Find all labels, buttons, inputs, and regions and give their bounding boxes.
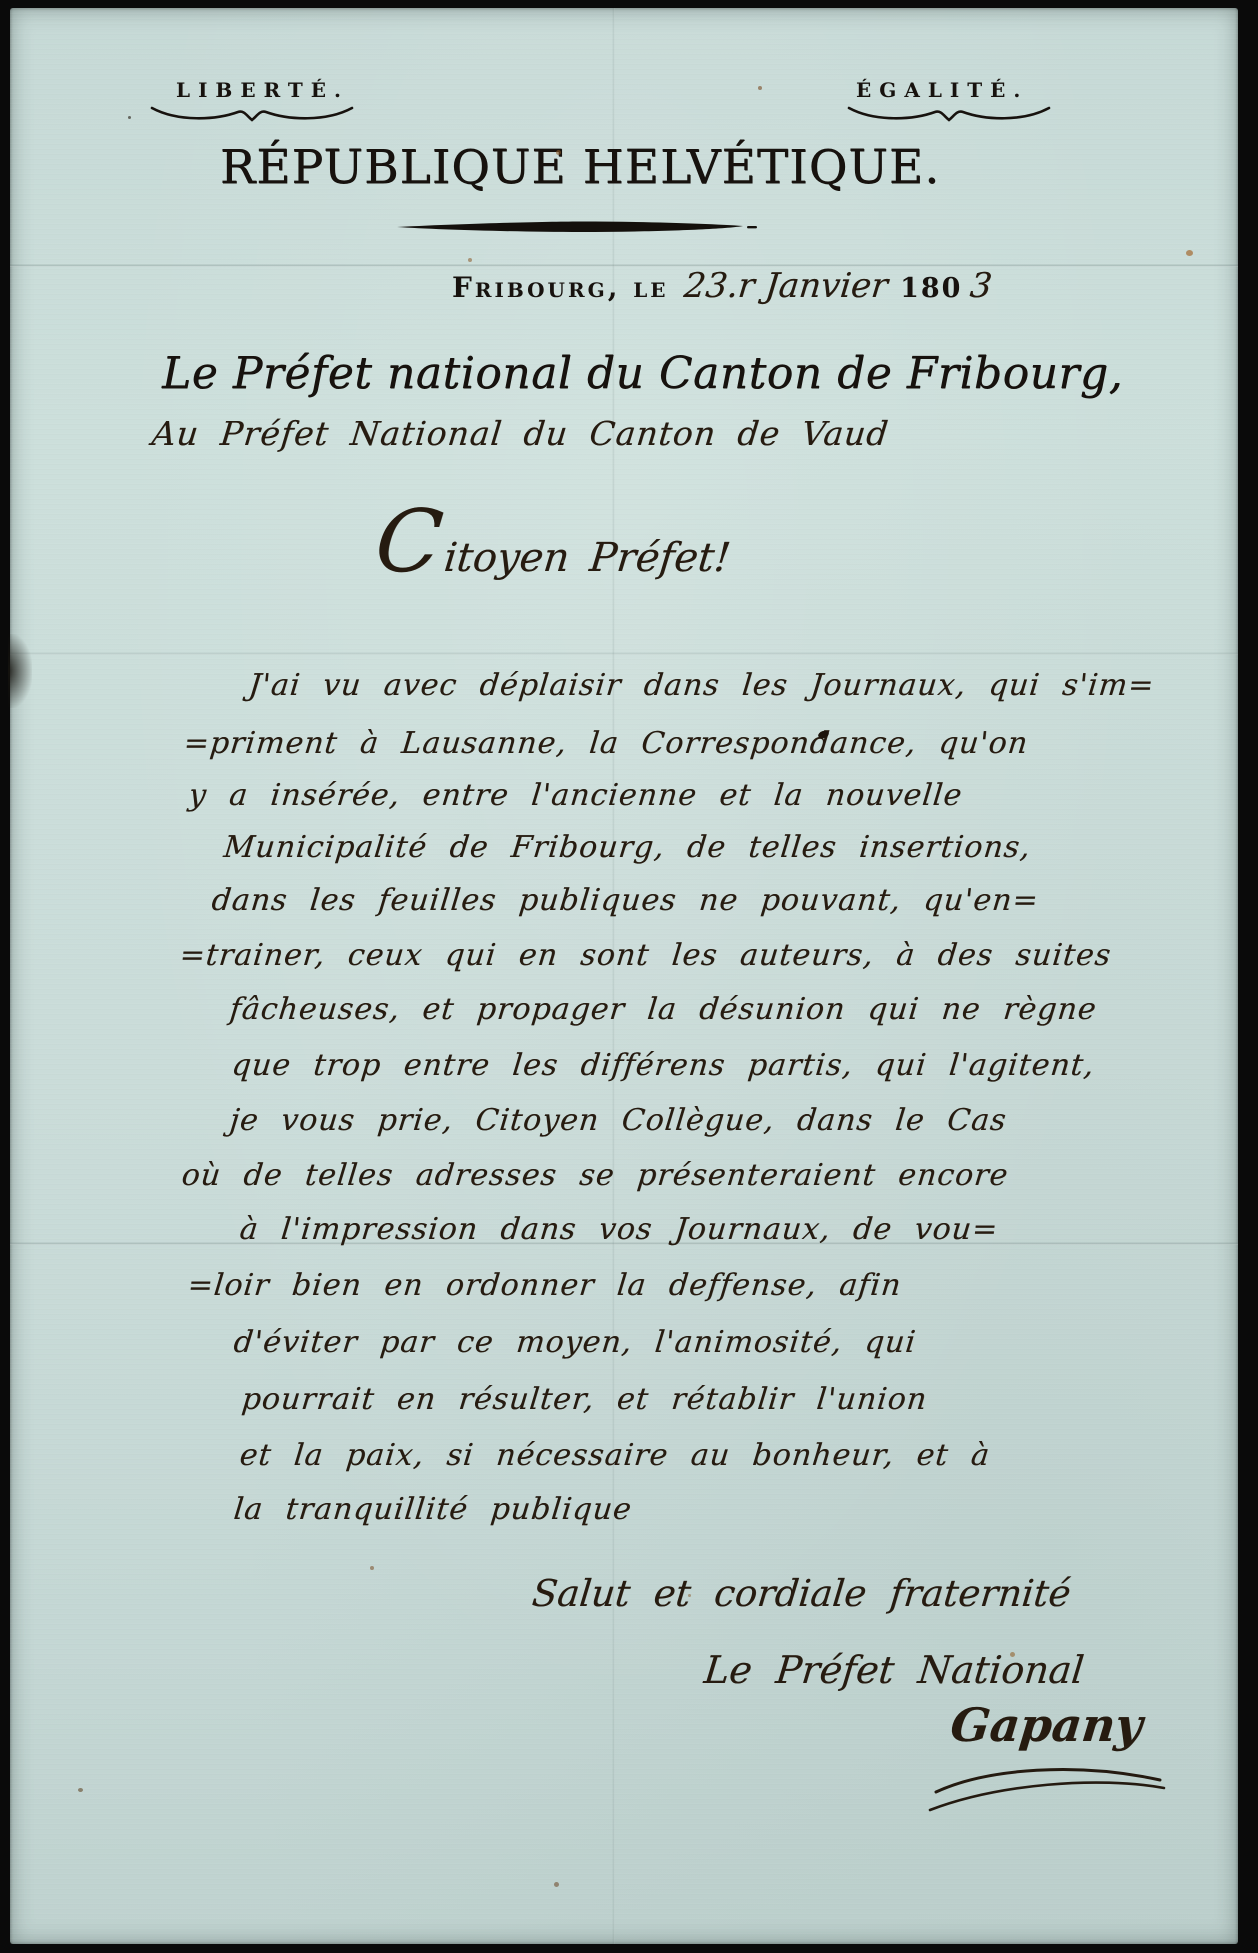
body-line: y a insérée, entre l'ancienne et la nouv… [187,778,964,813]
body-line: la tranquillité publique [232,1492,634,1527]
salutation: Citoyen Préfet! [372,512,735,581]
body-line: où de telles adresses se présenteraient … [180,1158,1010,1193]
dateline-year-digit-handwritten: 3 [968,266,994,306]
body-line: pourrait en résulter, et rétablir l'unio… [240,1382,929,1417]
dateline-place-printed: Fribourg, le [452,271,669,304]
republic-title: RÉPUBLIQUE HELVÉTIQUE. [198,140,962,195]
motto-egalite: ÉGALITÉ. [856,78,1028,102]
signature: Gapany [948,1698,1145,1752]
motto-liberte: LIBERTÉ. [176,78,349,102]
body-line: que trop entre les différens partis, qui… [230,1048,1096,1083]
swash-underline-icon [148,103,356,127]
sender-line: Le Préfet national du Canton de Fribourg… [162,348,1123,399]
dateline-day-month-handwritten: 23.r Janvier [682,266,890,306]
dateline: Fribourg, le 23.r Janvier 180 3 [452,266,989,306]
body-line: dans les feuilles publiques ne pouvant, … [210,883,1041,918]
body-line: je vous prie, Citoyen Collègue, dans le … [228,1103,1009,1138]
scanned-letter-page: LIBERTÉ. ÉGALITÉ. RÉPUBLIQUE HELVÉTIQUE.… [0,0,1258,1953]
swash-underline-icon [840,103,1058,127]
body-line: à l'impression dans vos Journaux, de vou… [238,1212,1000,1247]
body-line: Municipalité de Fribourg, de telles inse… [222,830,1033,865]
dateline-year-printed: 180 [900,273,962,304]
signer-title: Le Préfet National [702,1648,1086,1692]
valediction: Salut et cordiale fraternité [530,1572,1073,1615]
body-line: =loir bien en ordonner la deffense, afin [186,1268,903,1303]
body-line: =trainer, ceux qui en sont les auteurs, … [178,938,1113,973]
body-line: =priment à Lausanne, la Correspondance, … [182,726,1030,761]
body-line: J'ai vu avec déplaisir dans les Journaux… [247,668,1156,703]
tapered-rule [395,220,767,234]
recipient-line: Au Préfet National du Canton de Vaud [150,414,891,453]
body-line: d'éviter par ce moyen, l'animosité, qui [232,1325,918,1360]
body-line: et la paix, si nécessaire au bonheur, et… [238,1438,992,1473]
signature-flourish-icon [928,1758,1168,1818]
body-line: fâcheuses, et propager la désunion qui n… [228,992,1099,1027]
